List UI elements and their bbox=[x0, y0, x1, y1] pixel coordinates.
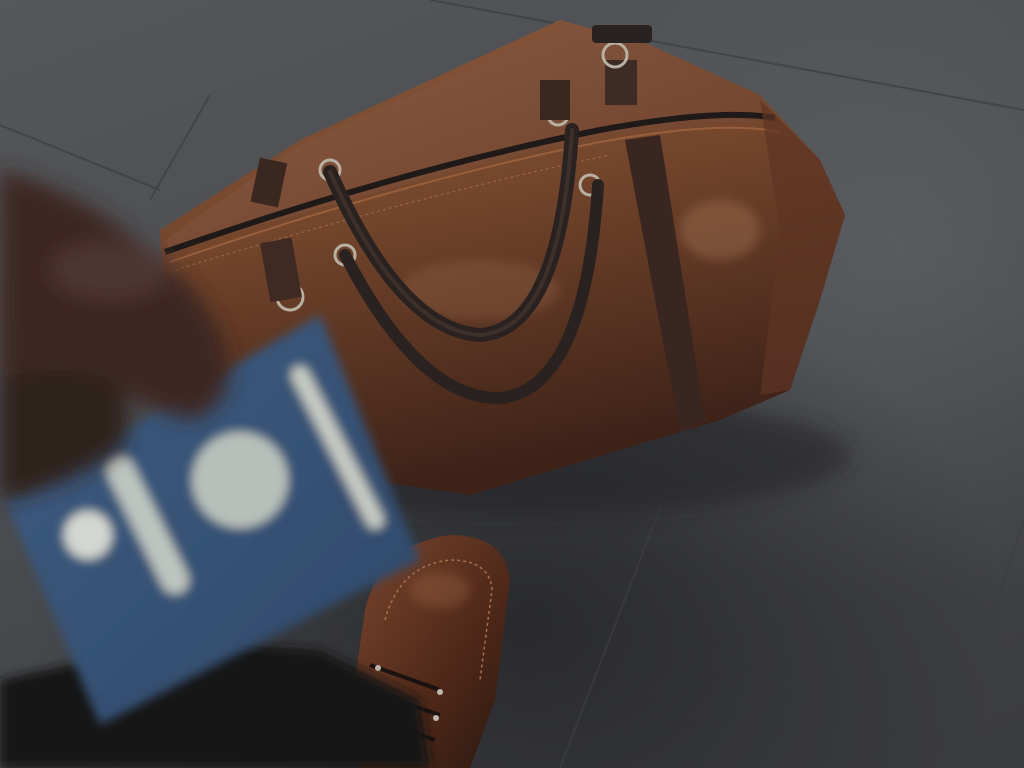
photo-scene: Blurred hand holding a navy passport in … bbox=[0, 0, 1024, 768]
photo-illustration bbox=[0, 0, 1024, 768]
